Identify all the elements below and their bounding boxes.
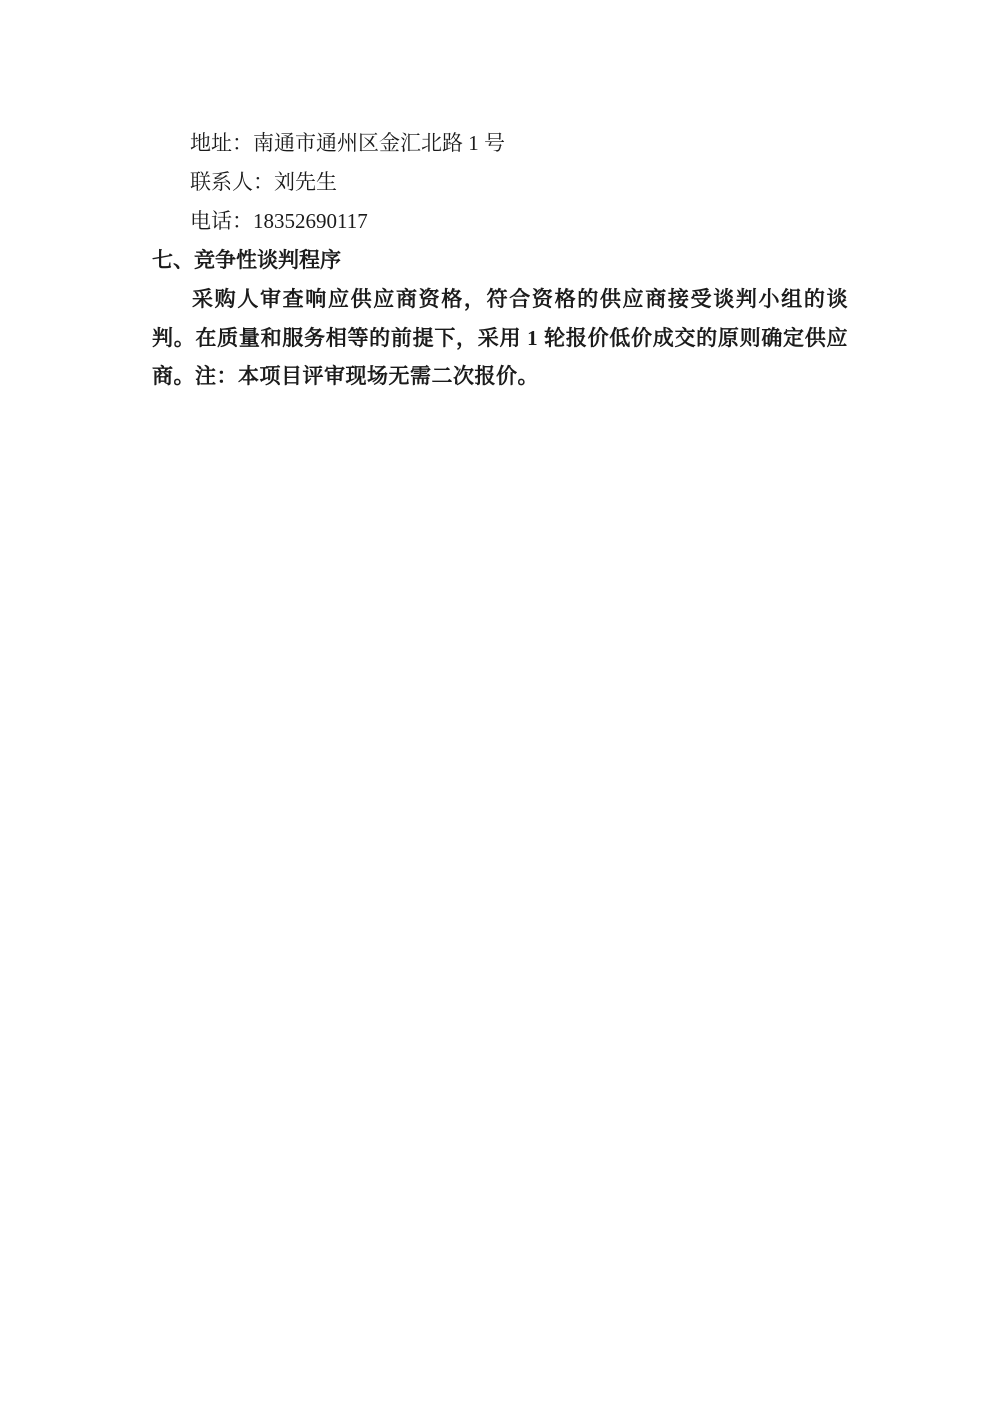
document-content: 地址：南通市通州区金汇北路 1 号 联系人：刘先生 电话：18352690117… — [152, 124, 848, 396]
section-heading: 七、竞争性谈判程序 — [152, 241, 848, 280]
address-line: 地址：南通市通州区金汇北路 1 号 — [152, 124, 848, 163]
section-paragraph: 采购人审查响应供应商资格，符合资格的供应商接受谈判小组的谈判。在质量和服务相等的… — [152, 280, 848, 396]
contact-person-line: 联系人：刘先生 — [152, 163, 848, 202]
phone-line: 电话：18352690117 — [152, 202, 848, 241]
document-page: 地址：南通市通州区金汇北路 1 号 联系人：刘先生 电话：18352690117… — [0, 0, 1000, 1414]
